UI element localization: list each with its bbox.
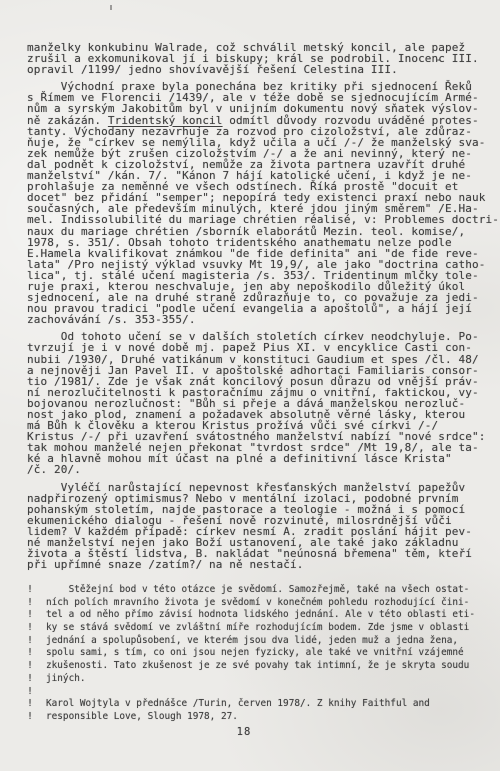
footnote-row: !ky se stává svědomí ve zvláštní míře ro…	[27, 622, 495, 635]
text-line: mel. Indissolubilité du mariage chrétien…	[27, 214, 489, 225]
footnote-line: tel a od něho přímo závisí hodnota lidsk…	[46, 609, 475, 622]
document-page: manželky konkubinu Walrade, což schválil…	[0, 0, 500, 771]
paragraph: Od tohoto učení se v dalších stoletích c…	[27, 331, 489, 475]
margin-emphasis-mark: !	[27, 584, 46, 597]
footnote-line: ních polích mravního života je svědomí v…	[46, 597, 469, 610]
text-line: opravil /1199/ jedno shovívavější řešení…	[27, 64, 489, 75]
footnote-row: !ních polích mravního života je svědomí …	[27, 597, 495, 610]
margin-emphasis-mark: !	[27, 622, 46, 635]
text-line: zachovávání /s. 353-355/.	[27, 314, 489, 325]
margin-emphasis-mark: !	[27, 609, 46, 622]
footnote-line: spolu sami, s tím, co oni jsou nejen fyz…	[46, 647, 464, 660]
text-line: tvrzují je i v nové době mj. papež Pius …	[27, 342, 489, 353]
margin-emphasis-mark: !	[27, 660, 46, 673]
body-text: manželky konkubinu Walrade, což schválil…	[27, 42, 489, 570]
margin-emphasis-mark: !	[27, 686, 46, 699]
paragraph: Vyléčí narůstající nepevnost křesťanskýc…	[27, 482, 489, 571]
margin-emphasis-mark: !	[27, 711, 46, 724]
footnote-row: !tel a od něho přímo závisí hodnota lids…	[27, 609, 495, 622]
footnote-row: !spolu sami, s tím, co oni jsou nejen fy…	[27, 647, 495, 660]
footnote-line: jiných.	[46, 673, 86, 686]
text-line: ké a hlavně mohou mít účast na plné a de…	[27, 453, 489, 464]
text-line: ně zakázán. Tridentský koncil odmítl dův…	[27, 115, 489, 126]
footnote-line: Karol Wojtyla v přednášce /Turin, červen…	[46, 698, 430, 711]
text-line: při upřímné snaze /zatím?/ na ně nestačí…	[27, 559, 489, 570]
margin-emphasis-mark: !	[27, 698, 46, 711]
margin-emphasis-mark: !	[27, 635, 46, 648]
text-line: Vyléčí narůstající nepevnost křesťanskýc…	[27, 482, 489, 493]
text-line: nubii /1930/, Druhé vatikánum v konstitu…	[27, 354, 489, 365]
footnote-line: jednání a spolupůsobení, ve kterém jsou …	[46, 635, 458, 648]
footnote-row: !jednání a spolupůsobení, ve kterém jsou…	[27, 635, 495, 648]
footnote-row: !	[27, 686, 495, 699]
footnote-row: !Karol Wojtyla v přednášce /Turin, červe…	[27, 698, 495, 711]
footnote-row: !jiných.	[27, 673, 495, 686]
text-line: nům a syrským Jakobitům byl v unijním do…	[27, 103, 489, 114]
text-line: /č. 20/.	[27, 464, 489, 475]
footnote-row: !responsible Love, Slough 1978, 27.	[27, 711, 495, 724]
paper-speck	[110, 5, 112, 10]
margin-emphasis-mark: !	[27, 597, 46, 610]
footnotes-section: ! Stěžejní bod v této otázce je svědomí.…	[27, 584, 495, 724]
margin-emphasis-mark: !	[27, 647, 46, 660]
footnote-row: !zkušenosti. Tato zkušenost je ze své po…	[27, 660, 495, 673]
paragraph: manželky konkubinu Walrade, což schválil…	[27, 42, 489, 75]
margin-emphasis-mark: !	[27, 673, 46, 686]
footnote-line: responsible Love, Slough 1978, 27.	[46, 711, 238, 724]
footnote-line: ky se stává svědomí ve zvláštní míře roz…	[46, 622, 469, 635]
page-number: 18	[0, 726, 488, 738]
footnote-row: ! Stěžejní bod v této otázce je svědomí.…	[27, 584, 495, 597]
text-line: naux du mariage chrétien /sborník elabor…	[27, 226, 489, 237]
paragraph: Východní praxe byla ponechána bez kritik…	[27, 81, 489, 325]
footnote-line: Stěžejní bod v této otázce je svědomí. S…	[46, 584, 469, 597]
footnote-line: zkušenosti. Tato zkušenost je ze své pov…	[46, 660, 469, 673]
